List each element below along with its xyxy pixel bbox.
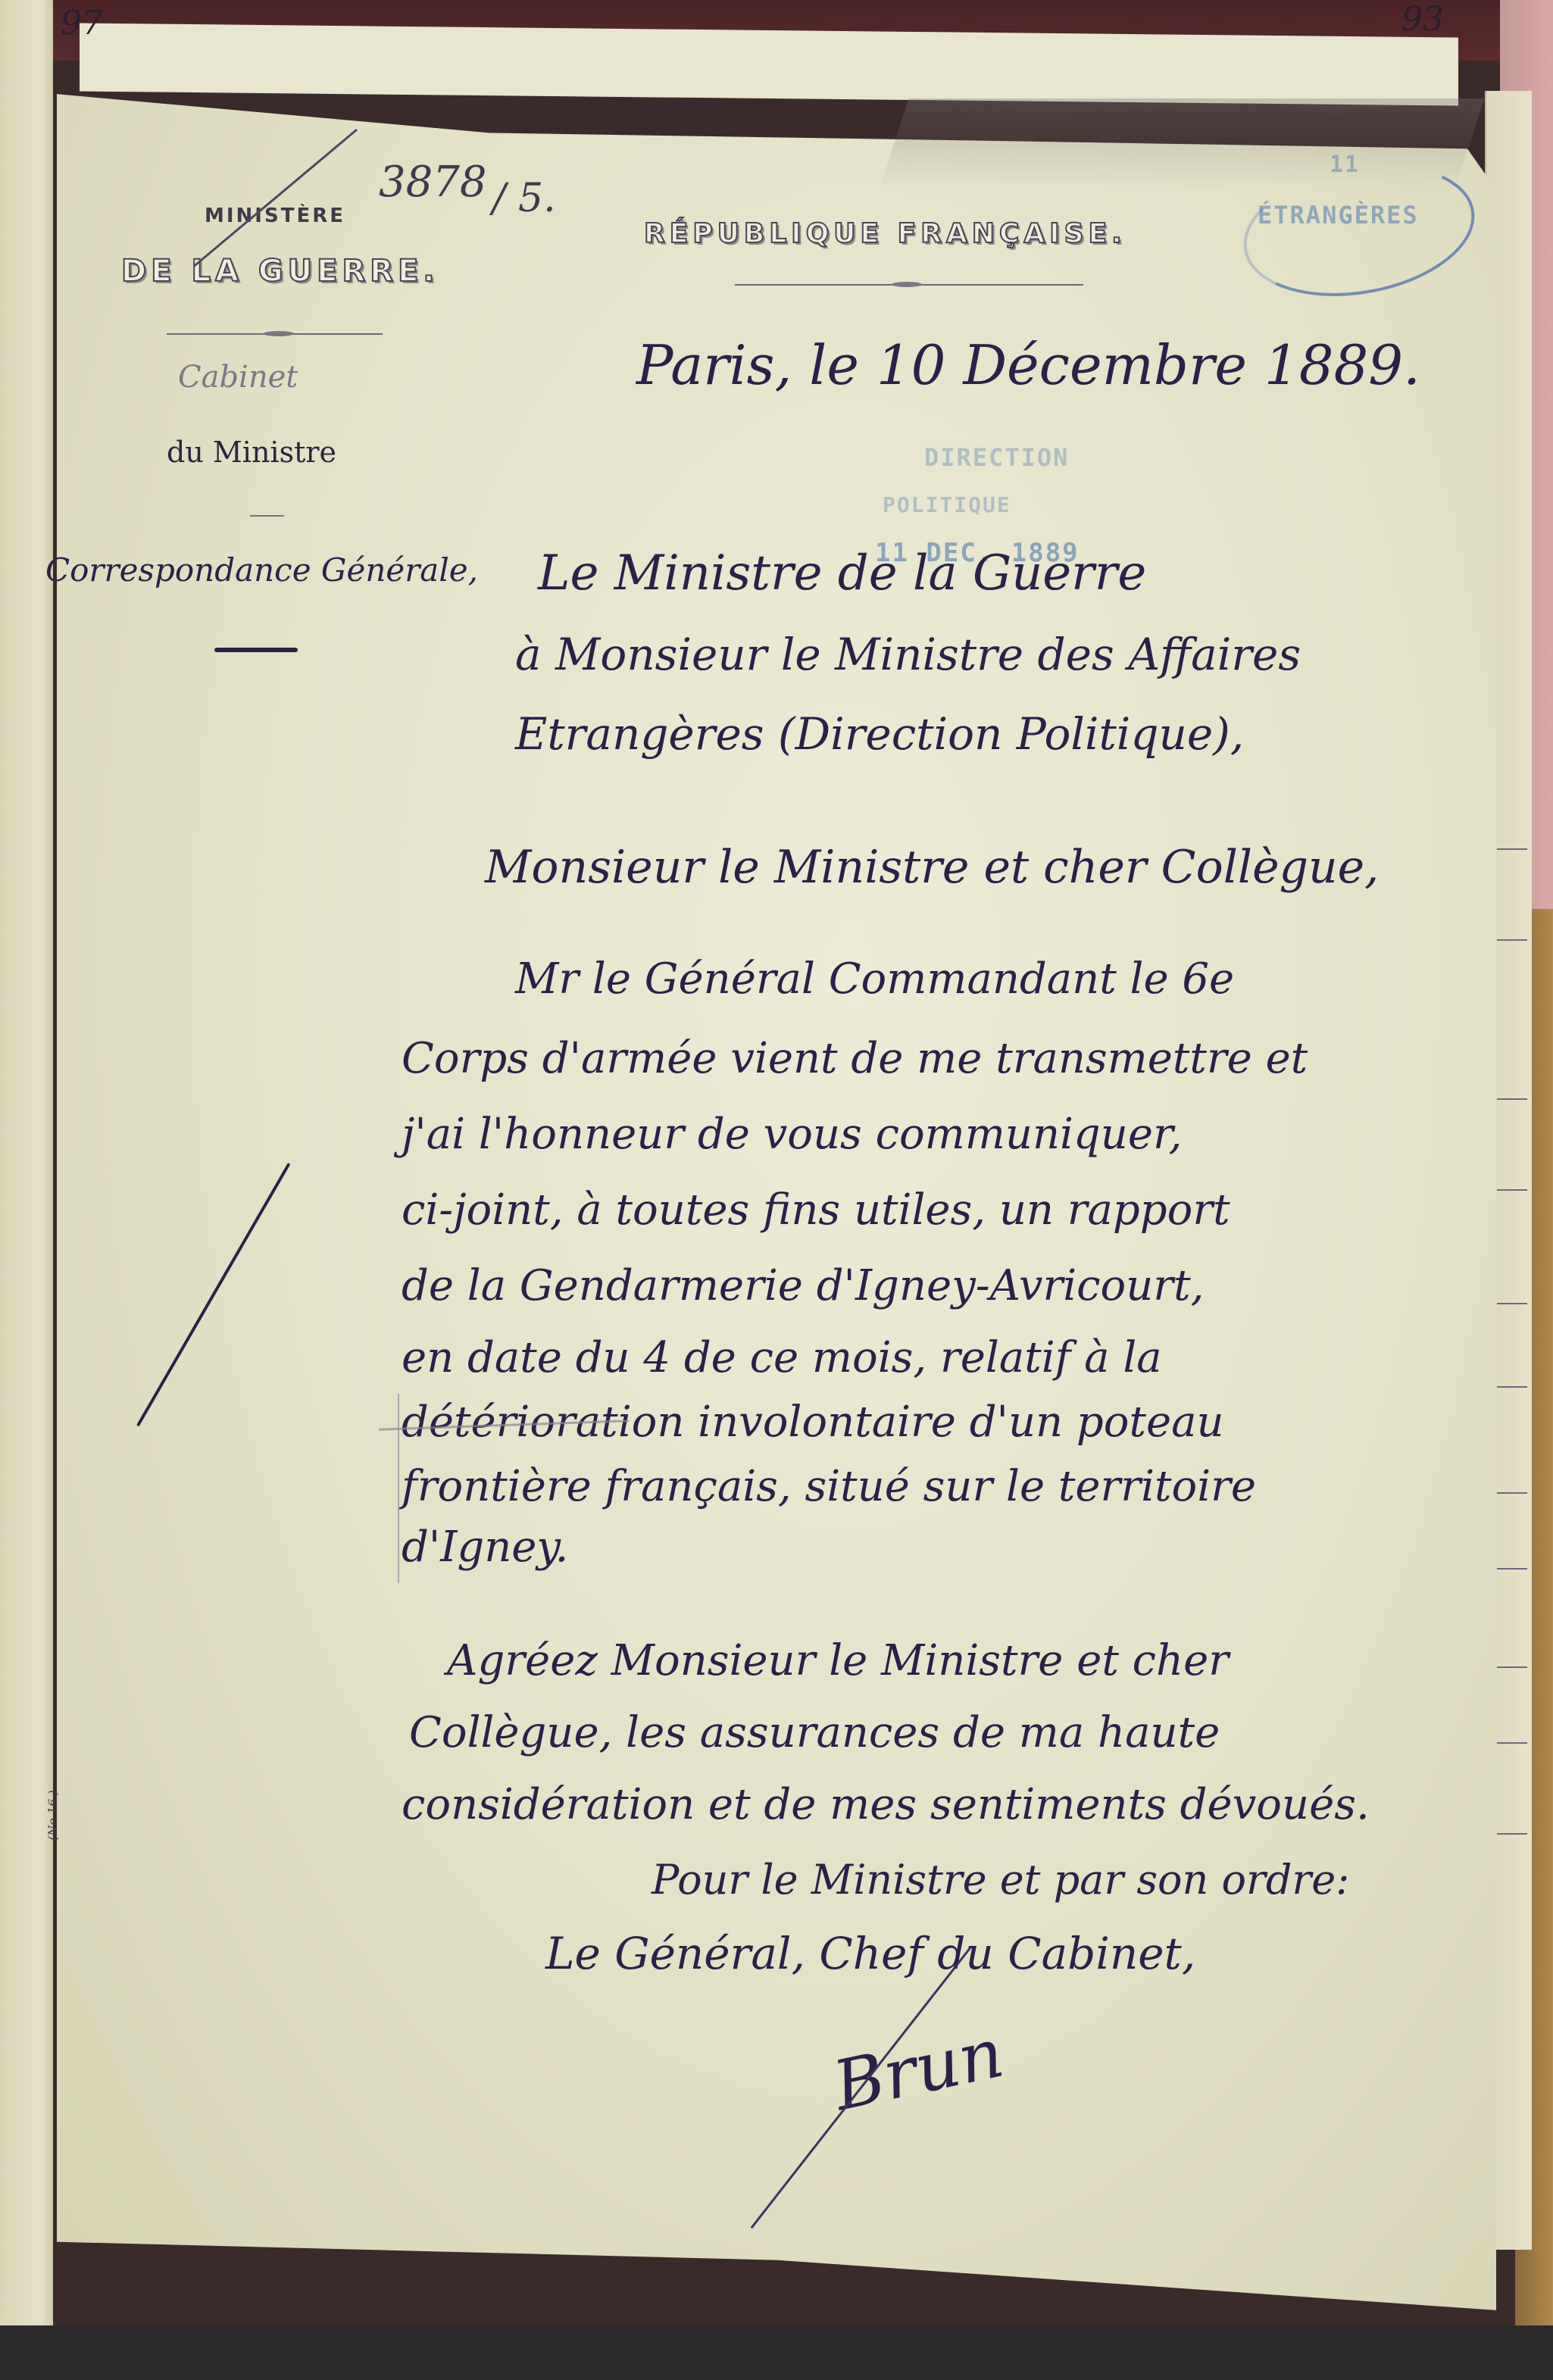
signature-line-1: Pour le Ministre et par son ordre:	[652, 1856, 1349, 1904]
letterhead-ministry-name: DE LA GUERRE.	[121, 254, 439, 289]
body-line: frontière français, situé sur le territo…	[402, 1462, 1256, 1511]
body-line: d'Igney.	[402, 1523, 568, 1572]
body-line: détérioration involontaire d'un poteau	[402, 1398, 1224, 1447]
reception-stamp-top-mark: 11	[1330, 151, 1360, 178]
body-line: ci-joint, à toutes fins utiles, un rappo…	[402, 1185, 1230, 1235]
letterhead-department-sub: du Ministre	[167, 436, 336, 469]
reference-number: 3878	[379, 158, 487, 207]
body-line: Mr le Général Commandant le 6e	[515, 954, 1234, 1004]
body-line: en date du 4 de ce mois, relatif à la	[402, 1333, 1162, 1382]
letterhead-ornament-rule-left	[167, 333, 383, 335]
closing-line: Collègue, les assurances de ma haute	[409, 1708, 1220, 1757]
date-line: Paris, le 10 Décembre 1889.	[636, 333, 1420, 397]
folio-number-right: 93	[1401, 0, 1444, 39]
archive-margin-note: (No 16.)	[45, 1790, 60, 1841]
section-underline	[214, 648, 298, 652]
letterhead-department: Cabinet	[178, 360, 298, 395]
direction-stamp-line1: DIRECTION	[924, 443, 1069, 472]
salutation: Monsieur le Ministre et cher Collègue,	[485, 841, 1379, 894]
reception-stamp-text: ÉTRANGÈRES	[1258, 201, 1419, 230]
sender-line: Le Ministre de la Guerre	[538, 545, 1146, 601]
pencil-margin-line	[398, 1394, 399, 1583]
underlying-sheet	[80, 23, 1458, 105]
reference-suffix: / 5.	[492, 176, 556, 221]
left-binding-strip	[0, 0, 53, 2380]
background-bottom	[0, 2325, 1553, 2380]
folio-number-left: 97	[61, 4, 103, 42]
letterhead-ornament-rule-right	[735, 284, 1083, 286]
recipient-line-1: à Monsieur le Ministre des Affaires	[515, 629, 1301, 680]
closing-line: considération et de mes sentiments dévou…	[402, 1780, 1370, 1829]
direction-stamp-line2: POLITIQUE	[883, 492, 1011, 517]
body-line: j'ai l'honneur de vous communiquer,	[402, 1110, 1182, 1159]
body-line: Corps d'armée vient de me transmettre et	[402, 1034, 1308, 1083]
letterhead-ministry: MINISTÈRE	[205, 205, 345, 227]
recipient-line-2: Etrangères (Direction Politique),	[515, 708, 1244, 760]
body-line: de la Gendarmerie d'Igney-Avricourt,	[402, 1261, 1204, 1310]
letterhead-republic: RÉPUBLIQUE FRANÇAISE.	[644, 218, 1126, 249]
signature-line-2: Le Général, Chef du Cabinet,	[545, 1928, 1195, 1979]
closing-line: Agréez Monsieur le Ministre et cher	[447, 1636, 1229, 1685]
section-heading: Correspondance Générale,	[45, 551, 478, 589]
letterhead-small-dash	[250, 515, 284, 517]
